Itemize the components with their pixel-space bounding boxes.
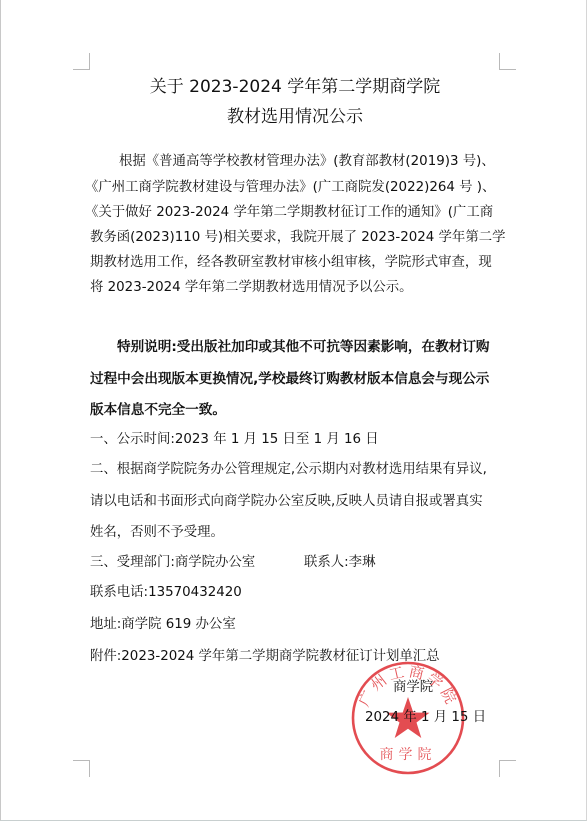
margin-corner-mark [73,760,90,777]
receiving-department: 三、受理部门:商学院办公室 [90,554,255,572]
intro-paragraph-line: 将 2023-2024 学年第二学期教材选用情况予以公示。 [90,279,413,297]
publicity-period: 一、公示时间:2023 年 1 月 15 日至 1 月 16 日 [90,431,379,449]
margin-corner-mark [499,760,516,777]
margin-corner-mark [499,53,516,70]
intro-paragraph-line: 教务函(2023)110 号)相关要求，我院开展了 2023-2024 学年第二… [90,229,506,247]
document-page: 关于 2023-2024 学年第二学期商学院 教材选用情况公示 根据《普通高等学… [0,0,587,821]
signature-date: 2024 年 1 月 15 日 [365,709,486,727]
objection-rule-line: 二、根据商学院院务办公管理规定,公示期内对教材选用结果有异议, [90,461,487,479]
special-note-line: 过程中会出现版本更换情况,学校最终订购教材版本信息会与现公示 [90,370,489,388]
margin-corner-mark [73,53,90,70]
special-note-line: 版本信息不完全一致。 [90,401,226,419]
intro-paragraph-line: 《关于做好 2023-2024 学年第二学期教材征订工作的通知》(广工商 [85,204,493,222]
document-title-line-2: 教材选用情况公示 [1,106,588,128]
objection-rule-line: 请以电话和书面形式向商学院办公室反映,反映人员请自报或署真实 [90,493,483,511]
signature-organization: 商学院 [393,679,433,697]
special-note-line: 特别说明:受出版社加印或其他不可抗等因素影响，在教材订购 [117,338,489,356]
seal-inner-text: 商学院 [380,747,437,763]
intro-paragraph-line: 根据《普通高等学校教材管理办法》(教育部教材(2019)3 号)、 [119,153,495,171]
contact-phone: 联系电话:13570432420 [90,584,242,602]
objection-rule-line: 姓名，否则不予受理。 [90,524,224,542]
intro-paragraph-line: 期教材选用工作，经各教研室教材审核小组审核，学院形式审查，现 [90,254,492,272]
contact-person: 联系人:李琳 [304,554,375,572]
document-title-line-1: 关于 2023-2024 学年第二学期商学院 [1,76,588,98]
address: 地址:商学院 619 办公室 [90,616,236,634]
intro-paragraph-line: 《广州工商学院教材建设与管理办法》(广工商院发(2022)264 号 )、 [85,179,495,197]
